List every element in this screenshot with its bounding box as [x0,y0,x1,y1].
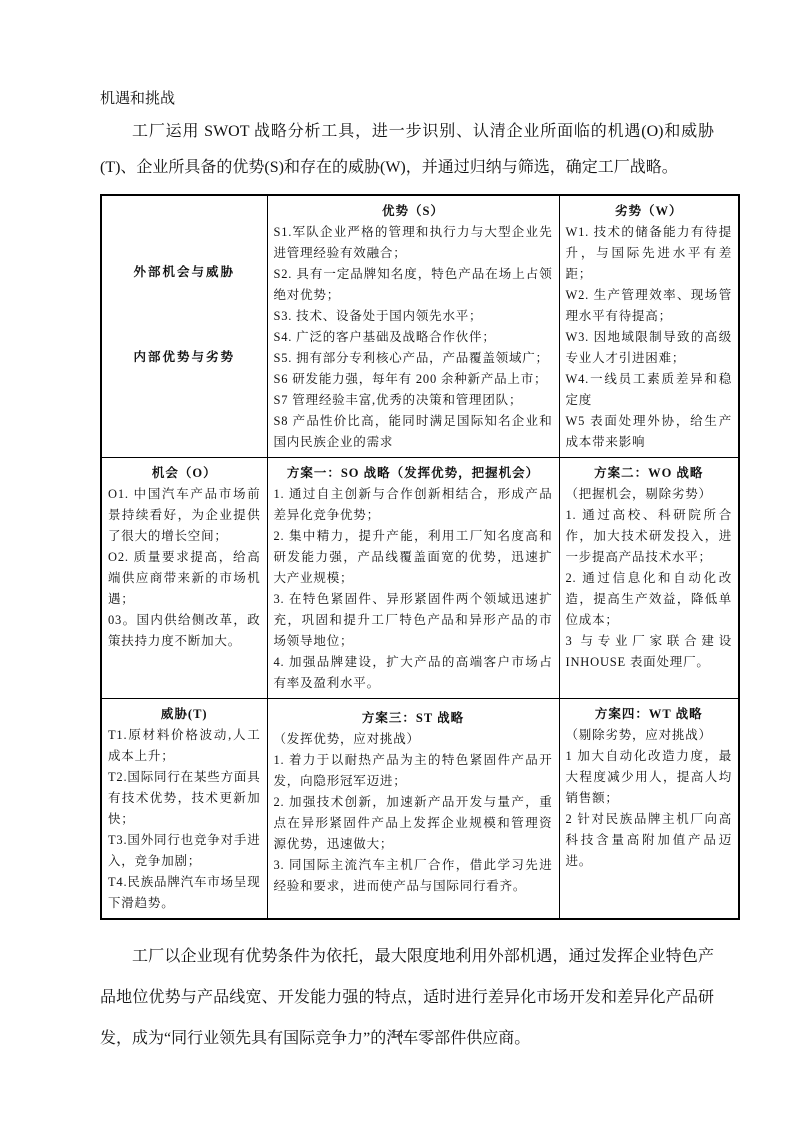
wo-strategy-item: 2. 通过信息化和自动化改造，提高生产效益，降低单位成本； [566,568,733,631]
document-page: 机遇和挑战 工厂运用 SWOT 战略分析工具，进一步识别、认清企业所面临的机遇(… [0,0,794,1123]
swot-row-threats: 威胁(T) T1.原材料价格波动,人工成本上升； T2.国际同行在某些方面具有技… [101,699,739,920]
weaknesses-item: W5 表面处理外协，给生产成本带来影响 [566,411,733,453]
wt-strategy-item: 2 针对民族品牌主机厂向高科技含量高附加值产品迈进。 [566,809,733,872]
wt-strategy-title: 方案四：WT 战略 [566,703,733,725]
weaknesses-title: 劣势（W） [566,200,733,222]
threats-item: T2.国际同行在某些方面具有技术优势，技术更新加快； [108,767,261,830]
strengths-item: S2. 具有一定品牌知名度，特色产品在场上占领绝对优势； [274,264,553,306]
st-strategy-item: 3. 同国际主流汽车主机厂合作，借此学习先进经验和要求，进而使产品与国际同行看齐… [274,855,553,897]
strengths-cell: 优势（S） S1.军队企业严格的管理和执行力与大型企业先进管理经验有效融合； S… [267,195,559,458]
threats-item: T3.国外同行也竞争对手进入，竞争加剧； [108,830,261,872]
so-strategy-title: 方案一：SO 战略（发挥优势，把握机会） [274,462,553,484]
strengths-title: 优势（S） [274,200,553,222]
weaknesses-cell: 劣势（W） W1. 技术的储备能力有待提升，与国际先进水平有差距； W2. 生产… [559,195,739,458]
so-strategy-cell: 方案一：SO 战略（发挥优势，把握机会） 1. 通过自主创新与合作创新相结合，形… [267,458,559,699]
wo-strategy-item: 3 与专业厂家联合建设 INHOUSE 表面处理厂。 [566,631,733,673]
so-strategy-item: 1. 通过自主创新与合作创新相结合，形成产品差异化竞争优势； [274,484,553,526]
weaknesses-item: W1. 技术的储备能力有待提升，与国际先进水平有差距； [566,222,733,285]
strengths-item: S3. 技术、设备处于国内领先水平； [274,306,553,327]
swot-row-header: 外部机会与威胁 内部优势与劣势 优势（S） S1.军队企业严格的管理和执行力与大… [101,195,739,458]
wt-strategy-subtitle: （剔除劣势，应对挑战） [566,725,733,746]
corner-label-internal: 内部优势与劣势 [108,347,261,368]
strengths-item: S8 产品性价比高，能同时满足国际知名企业和国内民族企业的需求 [274,411,553,453]
wo-strategy-item: 1. 通过高校、科研院所合作，加大技术研发投入，进一步提高产品技术水平； [566,505,733,568]
opportunities-cell: 机会（O） O1. 中国汽车产品市场前景持续看好，为企业提供了很大的增长空间； … [101,458,267,699]
intro-paragraph: 工厂运用 SWOT 战略分析工具，进一步识别、认清企业所面临的机遇(O)和威胁(… [100,114,714,186]
st-strategy-cell: 方案三：ST 战略 （发挥优势，应对挑战） 1. 着力于以耐热产品为主的特色紧固… [267,699,559,920]
so-strategy-item: 2. 集中精力，提升产能，利用工厂知名度高和研发能力强，产品线覆盖面宽的优势，迅… [274,526,553,589]
swot-row-opportunities: 机会（O） O1. 中国汽车产品市场前景持续看好，为企业提供了很大的增长空间； … [101,458,739,699]
strengths-item: S7 管理经验丰富,优秀的决策和管理团队； [274,390,553,411]
opportunities-item: 03。国内供给侧改革，政策扶持力度不断加大。 [108,610,261,652]
strengths-item: S1.军队企业严格的管理和执行力与大型企业先进管理经验有效融合； [274,222,553,264]
page-number: 14 [0,1029,794,1041]
strengths-item: S4. 广泛的客户基础及战略合作伙伴； [274,327,553,348]
opportunities-item: O1. 中国汽车产品市场前景持续看好，为企业提供了很大的增长空间； [108,484,261,547]
weaknesses-item: W2. 生产管理效率、现场管理水平有待提高； [566,285,733,327]
st-strategy-subtitle: （发挥优势，应对挑战） [274,729,553,750]
st-strategy-item: 1. 着力于以耐热产品为主的特色紧固件产品开发，向隐形冠军迈进； [274,750,553,792]
st-strategy-title: 方案三：ST 战略 [274,707,553,729]
threats-item: T4.民族品牌汽车市场呈现下滑趋势。 [108,872,261,914]
weaknesses-item: W4.一线员工素质差异和稳定度 [566,369,733,411]
wt-strategy-cell: 方案四：WT 战略 （剔除劣势，应对挑战） 1 加大自动化改造力度，最大程度减少… [559,699,739,920]
weaknesses-item: W3. 因地域限制导致的高级专业人才引进困难； [566,327,733,369]
strengths-item: S5. 拥有部分专利核心产品，产品覆盖领域广； [274,348,553,369]
swot-table: 外部机会与威胁 内部优势与劣势 优势（S） S1.军队企业严格的管理和执行力与大… [100,194,740,920]
so-strategy-item: 4. 加强品牌建设，扩大产品的高端客户市场占有率及盈利水平。 [274,652,553,694]
strengths-item: S6 研发能力强，每年有 200 余种新产品上市； [274,369,553,390]
page-title: 机遇和挑战 [100,88,740,110]
wt-strategy-item: 1 加大自动化改造力度，最大程度减少用人，提高人均销售额； [566,746,733,809]
st-strategy-item: 2. 加强技术创新，加速新产品开发与量产，重点在异形紧固件产品上发挥企业规模和管… [274,792,553,855]
wo-strategy-cell: 方案二：WO 战略 （把握机会，剔除劣势） 1. 通过高校、科研院所合作，加大技… [559,458,739,699]
so-strategy-item: 3. 在特色紧固件、异形紧固件两个领域迅速扩充，巩固和提升工厂特色产品和异形产品… [274,589,553,652]
swot-corner-cell: 外部机会与威胁 内部优势与劣势 [101,195,267,458]
threats-title: 威胁(T) [108,703,261,725]
wo-strategy-subtitle: （把握机会，剔除劣势） [566,484,733,505]
wo-strategy-title: 方案二：WO 战略 [566,462,733,484]
opportunities-title: 机会（O） [108,462,261,484]
threats-item: T1.原材料价格波动,人工成本上升； [108,725,261,767]
corner-label-external: 外部机会与威胁 [108,262,261,283]
opportunities-item: O2. 质量要求提高，给高端供应商带来新的市场机遇； [108,547,261,610]
threats-cell: 威胁(T) T1.原材料价格波动,人工成本上升； T2.国际同行在某些方面具有技… [101,699,267,920]
